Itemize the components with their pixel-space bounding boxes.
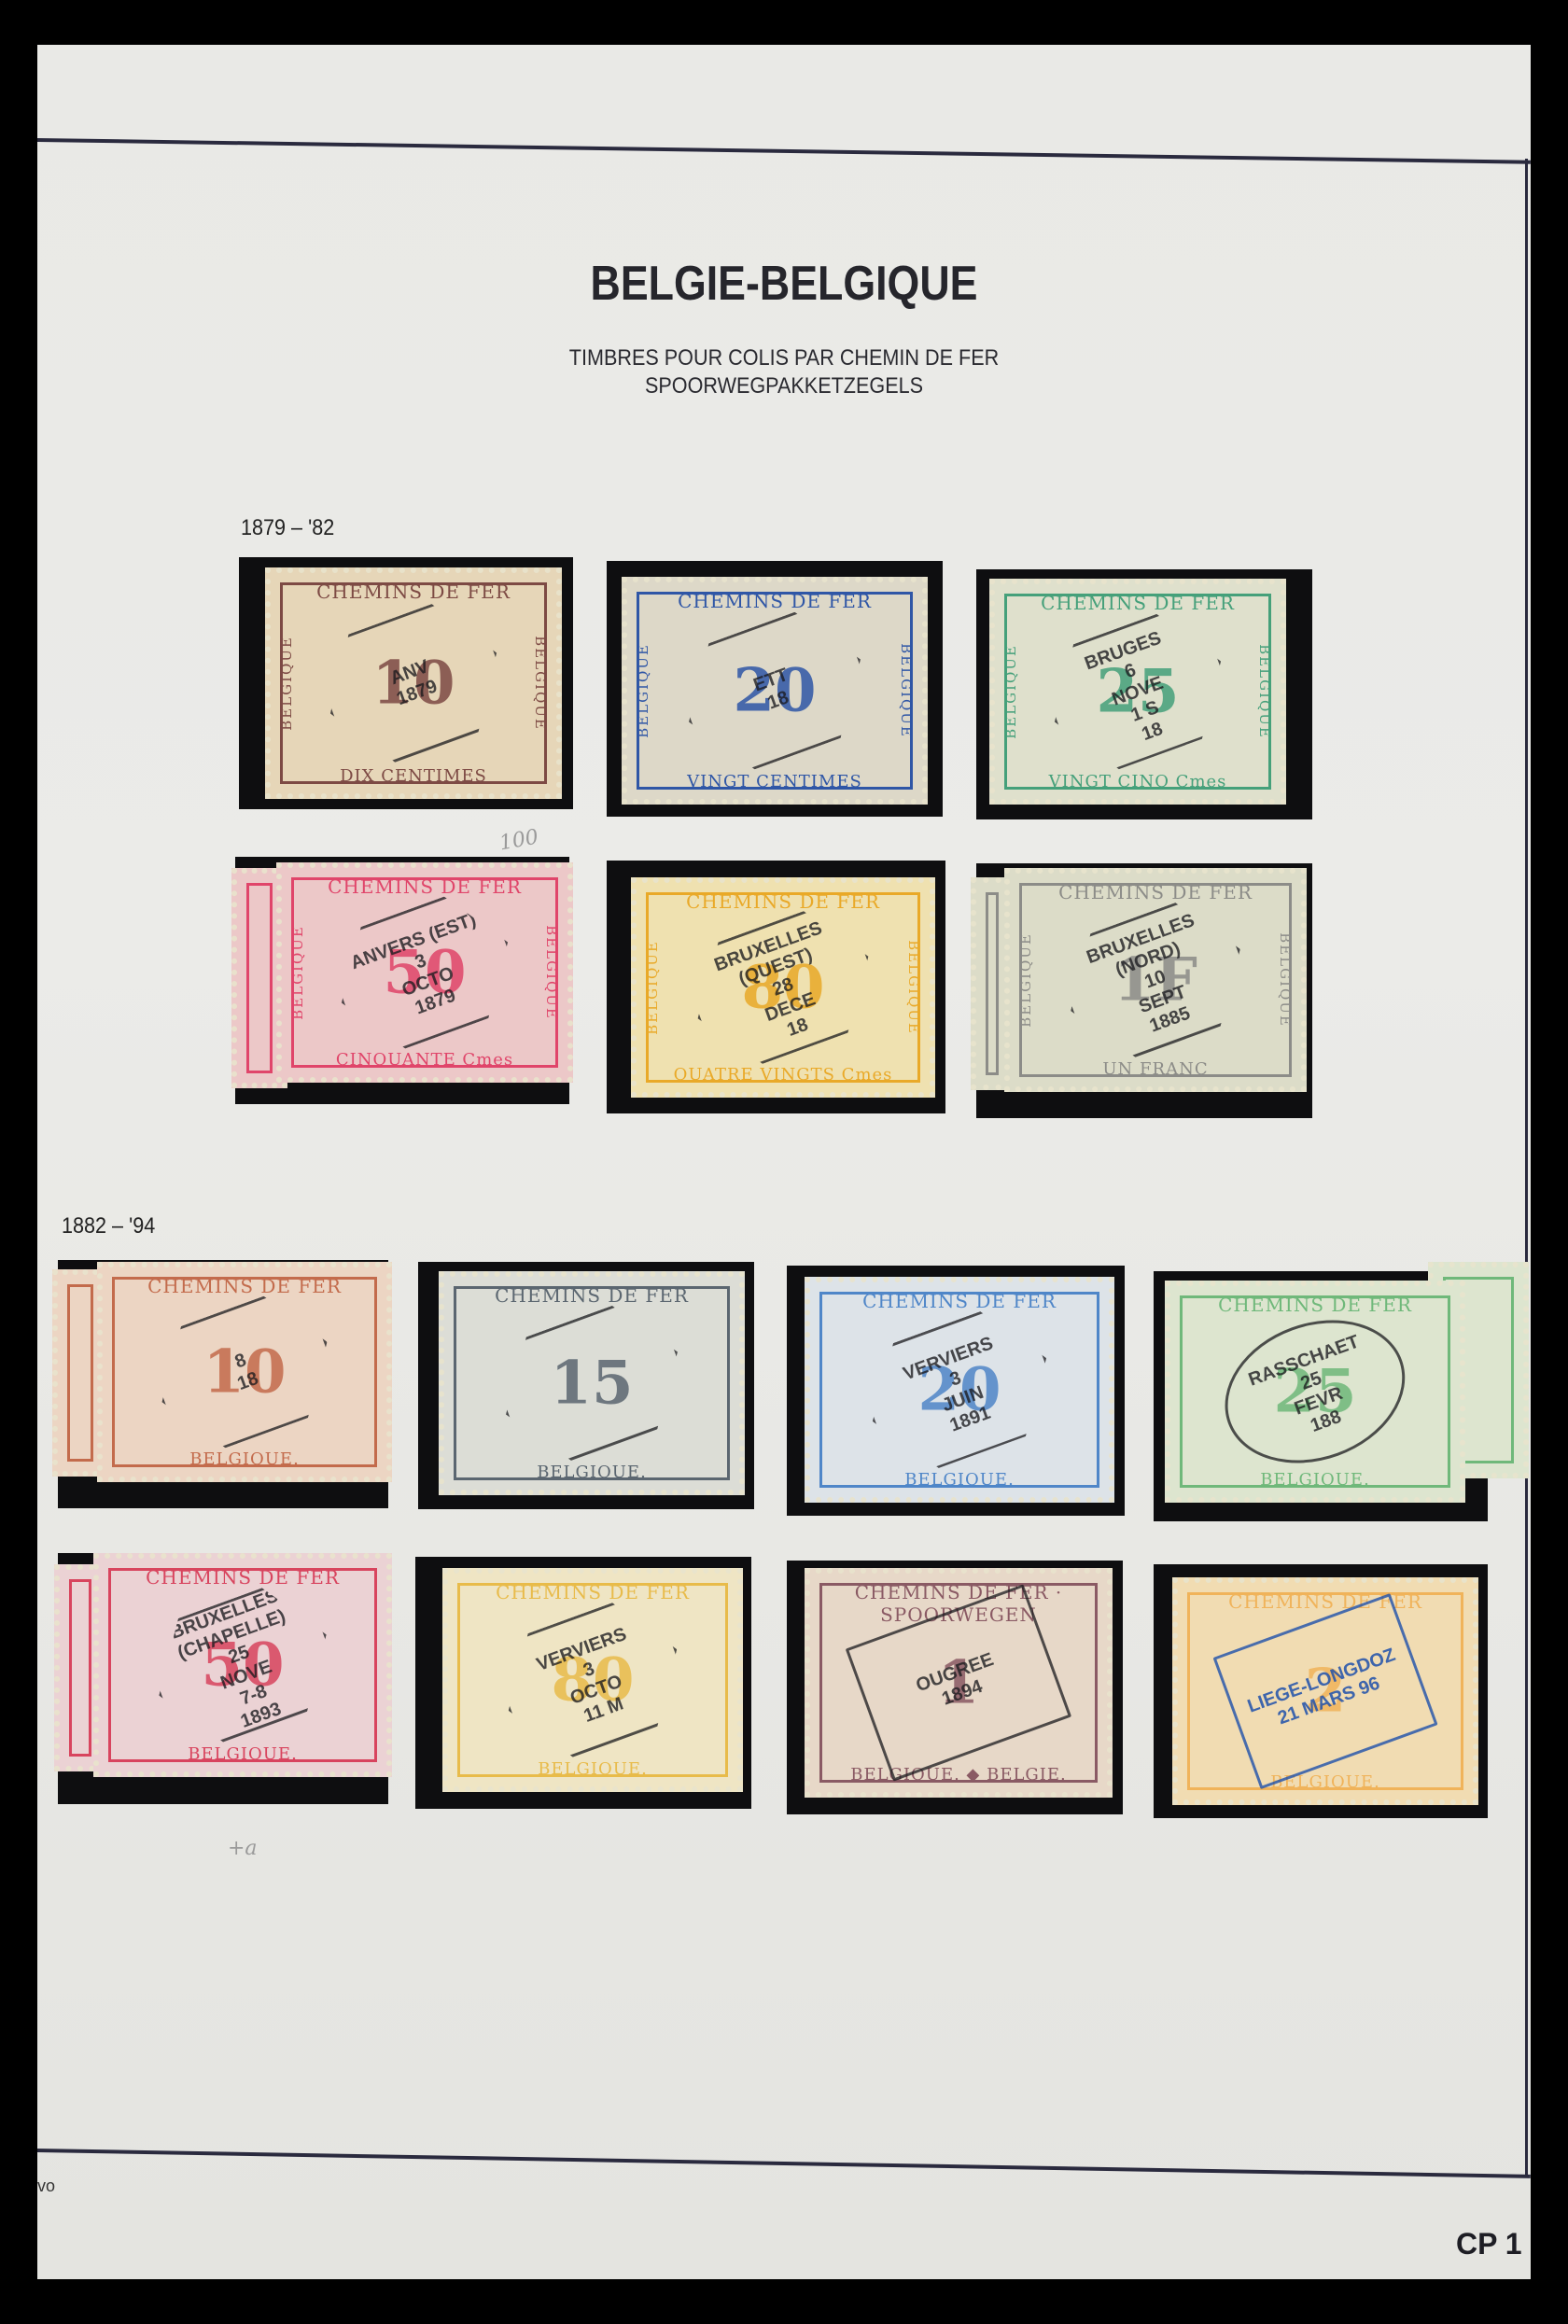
- stamp-footer: BELGIQUE.: [99, 1744, 386, 1764]
- stamp[interactable]: CHEMINS DE FER20VINGT CENTIMESBELGIQUEBE…: [622, 577, 928, 805]
- stamp-header: CHEMINS DE FER: [448, 1581, 737, 1603]
- stamp[interactable]: CHEMINS DE FER80QUATRE VINGTS CmesBELGIQ…: [631, 877, 935, 1098]
- stamp[interactable]: CHEMINS DE FER10BELGIQUE.8 18: [97, 1262, 392, 1482]
- page-frame-right-line: [1525, 159, 1528, 2177]
- stamp-header: CHEMINS DE FER: [627, 590, 922, 612]
- stamp-side-text: BELGIQUE: [278, 636, 295, 731]
- period-label-1882-94: 1882 – '94: [62, 1213, 155, 1239]
- stamp-footer: CINQUANTE Cmes: [282, 1050, 567, 1070]
- stamp[interactable]: CHEMINS DE FER1FUN FRANCBELGIQUEBELGIQUE…: [1004, 868, 1307, 1092]
- stamp-frame: [986, 892, 999, 1075]
- stamp-header: CHEMINS DE FER: [1178, 1590, 1473, 1613]
- stamp-footer: VINGT CINQ Cmes: [995, 772, 1281, 791]
- stamp[interactable]: CHEMINS DE FER80BELGIQUE.VERVIERS 3 OCTO…: [442, 1568, 743, 1792]
- stamp[interactable]: CHEMINS DE FER10DIX CENTIMESBELGIQUEBELG…: [265, 567, 562, 799]
- stamp-header: CHEMINS DE FER: [1010, 881, 1301, 903]
- stamp-header: CHEMINS DE FER: [99, 1566, 386, 1589]
- stamp-side-text: BELGIQUE: [644, 940, 661, 1035]
- stamp-side-text: BELGIQUE: [1017, 932, 1034, 1028]
- stamp-header: CHEMINS DE FER: [103, 1275, 386, 1297]
- stamp[interactable]: CHEMINS DE FER20BELGIQUE.VERVIERS 3 JUIN…: [805, 1277, 1114, 1503]
- stamp-footer: BELGIQUE.: [1170, 1470, 1460, 1490]
- stamp-footer: BELGIQUE.: [448, 1759, 737, 1779]
- stamp[interactable]: CHEMINS DE FER25BELGIQUE.RASSCHAET 25 FE…: [1165, 1281, 1465, 1503]
- page-number: CP 1: [1456, 2227, 1522, 2261]
- stamp-footer: VINGT CENTIMES: [627, 772, 922, 791]
- stamp-footer: DIX CENTIMES: [271, 766, 556, 786]
- stamp-footer: BELGIQUE.: [103, 1449, 386, 1469]
- stamp[interactable]: CHEMINS DE FER15BELGIQUE.: [439, 1271, 745, 1495]
- period-label-1879-82: 1879 – '82: [241, 515, 334, 541]
- stamp-frame: [69, 1579, 91, 1757]
- stamp[interactable]: CHEMINS DE FER · SPOORWEGEN1BELGIQUE. ◆ …: [805, 1568, 1113, 1798]
- stamp-header: CHEMINS DE FER: [810, 1290, 1109, 1312]
- stamp-side-text: BELGIQUE: [898, 643, 915, 738]
- stamp-header: CHEMINS DE FER: [282, 875, 567, 898]
- stamp-footer: BELGIQUE.: [1178, 1772, 1473, 1792]
- stamp-side-text: BELGIQUE: [532, 636, 549, 731]
- footer-left-text: vo: [37, 2177, 55, 2196]
- stamp-header: CHEMINS DE FER: [1170, 1294, 1460, 1316]
- stamp-header: CHEMINS DE FER: [271, 581, 556, 603]
- stamp[interactable]: CHEMINS DE FER50BELGIQUE.BRUXELLES (CHAP…: [93, 1553, 392, 1777]
- stamp-side-text: BELGIQUE: [1002, 644, 1019, 739]
- stamp-side-text: BELGIQUE: [1256, 644, 1273, 739]
- stamp-header: CHEMINS DE FER: [995, 592, 1281, 614]
- pencil-note: +a: [228, 1837, 258, 1860]
- stamp-header: CHEMINS DE FER: [637, 890, 930, 913]
- stamp-frame: [246, 883, 273, 1073]
- page-subtitle-french: TIMBRES POUR COLIS PAR CHEMIN DE FER: [78, 345, 1490, 371]
- page-title: BELGIE-BELGIQUE: [110, 256, 1459, 312]
- stamp-footer: BELGIQUE.: [810, 1470, 1109, 1490]
- stamp[interactable]: CHEMINS DE FER25VINGT CINQ CmesBELGIQUEB…: [989, 579, 1286, 805]
- stamp-side-text: BELGIQUE: [543, 925, 560, 1020]
- stamp-side-text: BELGIQUE: [1277, 932, 1294, 1028]
- page-subtitle-dutch: SPOORWEGPAKKETZEGELS: [78, 373, 1490, 399]
- stamp-side-text: BELGIQUE: [905, 940, 922, 1035]
- stamp[interactable]: CHEMINS DE FER50CINQUANTE CmesBELGIQUEBE…: [276, 862, 573, 1083]
- stamp-side-text: BELGIQUE: [635, 643, 651, 738]
- stamp-footer: UN FRANC: [1010, 1059, 1301, 1079]
- stamp-footer: QUATRE VINGTS Cmes: [637, 1065, 930, 1085]
- stamp-side-text: BELGIQUE: [289, 925, 306, 1020]
- stamp[interactable]: CHEMINS DE FER2BELGIQUE.LIEGE-LONGDOZ 21…: [1172, 1577, 1478, 1805]
- stamp-footer: BELGIQUE. ◆ BELGIE.: [810, 1765, 1107, 1785]
- stamp-footer: BELGIQUE.: [444, 1463, 739, 1482]
- stamp-frame: [67, 1284, 93, 1462]
- stamp-header: CHEMINS DE FER: [444, 1284, 739, 1307]
